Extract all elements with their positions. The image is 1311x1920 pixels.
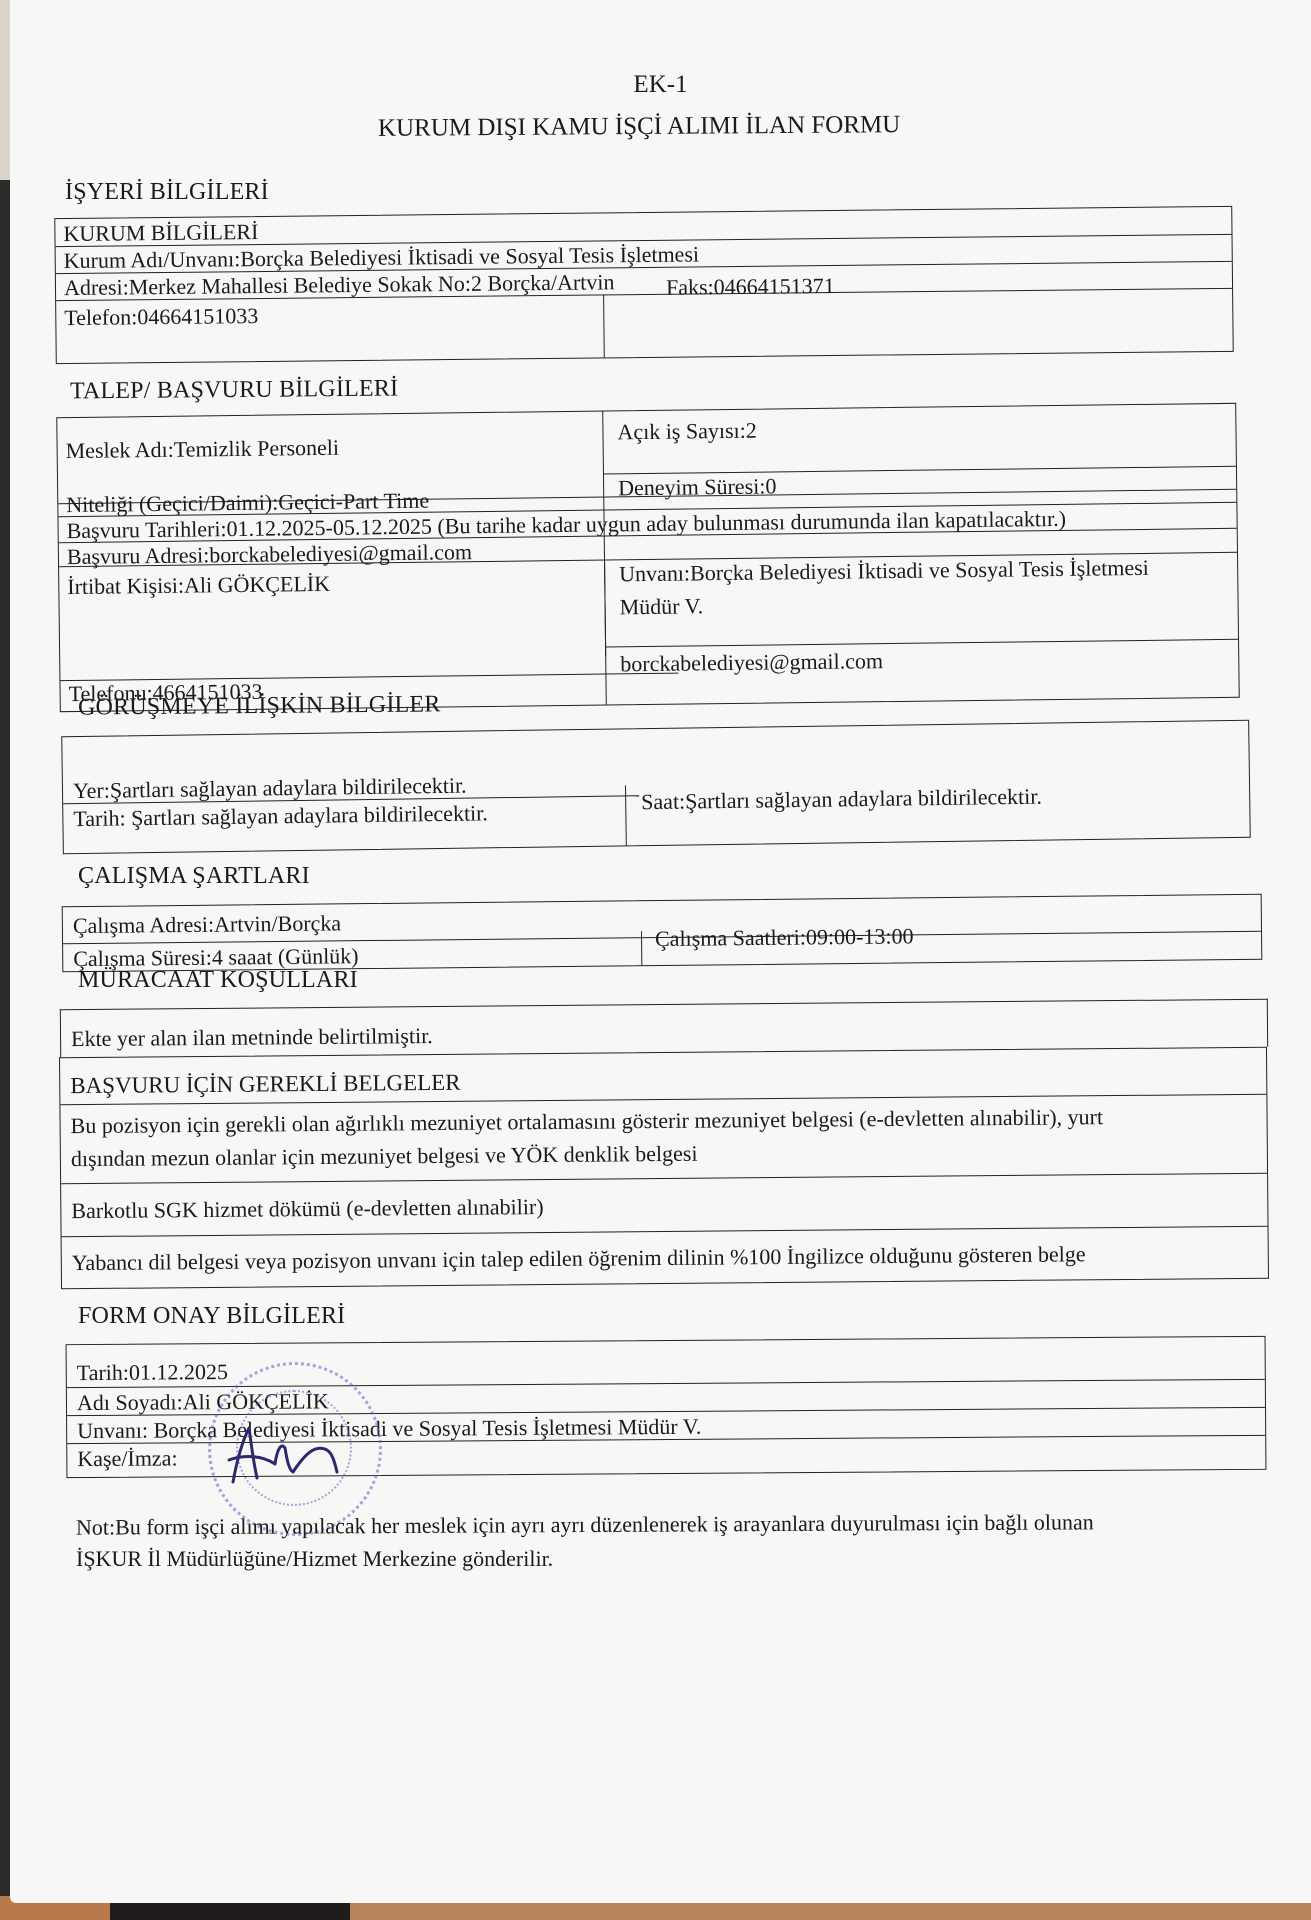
annex-label: EK-1 [10,72,1311,97]
section-title-request: TALEP/ BAŞVURU BİLGİLERİ [70,377,398,404]
note-line-2: İŞKUR İl Müdürlüğüne/Hizmet Merkezine gö… [76,1548,553,1570]
section-title-working-conditions: ÇALIŞMA ŞARTLARI [78,864,310,888]
section-title-approval: FORM ONAY BİLGİLERİ [78,1304,345,1328]
document-item-3: Yabancı dil belgesi veya pozisyon unvanı… [72,1241,1086,1275]
document-item-1-line1: Bu pozisyon için gerekli olan ağırlıklı … [70,1104,1103,1138]
section-title-application-conditions: MÜRACAAT KOŞULLARI [78,968,358,992]
table-divider [605,639,1238,648]
interview-table: Yer:Şartları sağlayan adaylara bildirile… [61,720,1251,855]
institution-table: KURUM BİLGİLERİ Kurum Adı/Unvanı:Borçka … [54,206,1233,364]
document-page: EK-1 KURUM DIŞI KAMU İŞÇİ ALIMI İLAN FOR… [10,0,1311,1903]
request-table: Meslek Adı:Temizlik Personeli Açık iş Sa… [56,403,1240,712]
work-address: Çalışma Adresi:Artvin/Borçka [73,910,341,938]
document-item-2: Barkotlu SGK hizmet dökümü (e-devletten … [71,1194,543,1223]
document-title: KURUM DIŞI KAMU İŞÇİ ALIMI İLAN FORMU [378,112,900,141]
section-title-interview: GÖRÜŞMEYE İLİŞKİN BİLGİLER [78,692,441,719]
approval-date: Tarih:01.12.2025 [77,1359,228,1385]
required-documents-table: BAŞVURU İÇİN GEREKLİ BELGELER Bu pozisyo… [59,1047,1269,1290]
section-title-workplace: İŞYERİ BİLGİLERİ [65,180,269,204]
institution-fax: Faks:04664151371 [666,273,835,300]
institution-phone: Telefon:04664151033 [64,303,258,330]
approval-stamp-signature-label: Kaşe/İmza: [77,1445,177,1471]
note-line-1: Not:Bu form işçi alımı yapılacak her mes… [76,1511,1094,1538]
occupation-name: Meslek Adı:Temizlik Personeli [65,435,339,464]
contact-title-line2: Müdür V. [619,593,703,619]
section-title-required-documents: BAŞVURU İÇİN GEREKLİ BELGELER [70,1070,461,1100]
table-column-divider [603,294,605,357]
contact-person: İrtibat Kişisi:Ali GÖKÇELİK [67,571,330,600]
table-divider [61,1173,1267,1185]
signature-icon [215,1420,365,1490]
application-conditions-text: Ekte yer alan ilan metninde belirtilmişt… [71,1023,433,1051]
open-positions: Açık iş Sayısı:2 [617,418,757,445]
work-hours: Çalışma Saatleri:09:00-13:00 [655,923,914,951]
contact-title-line1: Unvanı:Borçka Belediyesi İktisadi ve Sos… [619,555,1149,587]
table-column-divider [604,560,607,705]
interview-date: Tarih: Şartları sağlayan adaylara bildir… [73,800,488,831]
institution-header: KURUM BİLGİLERİ [63,219,258,246]
interview-time: Saat:Şartları sağlayan adaylara bildiril… [641,784,1042,815]
table-divider [62,1226,1268,1238]
working-conditions-table: Çalışma Adresi:Artvin/Borçka Çalışma Sür… [62,894,1263,973]
document-item-1-line2: dışından mezun olanlar için mezuniyet be… [71,1141,698,1172]
table-divider [603,466,1236,475]
